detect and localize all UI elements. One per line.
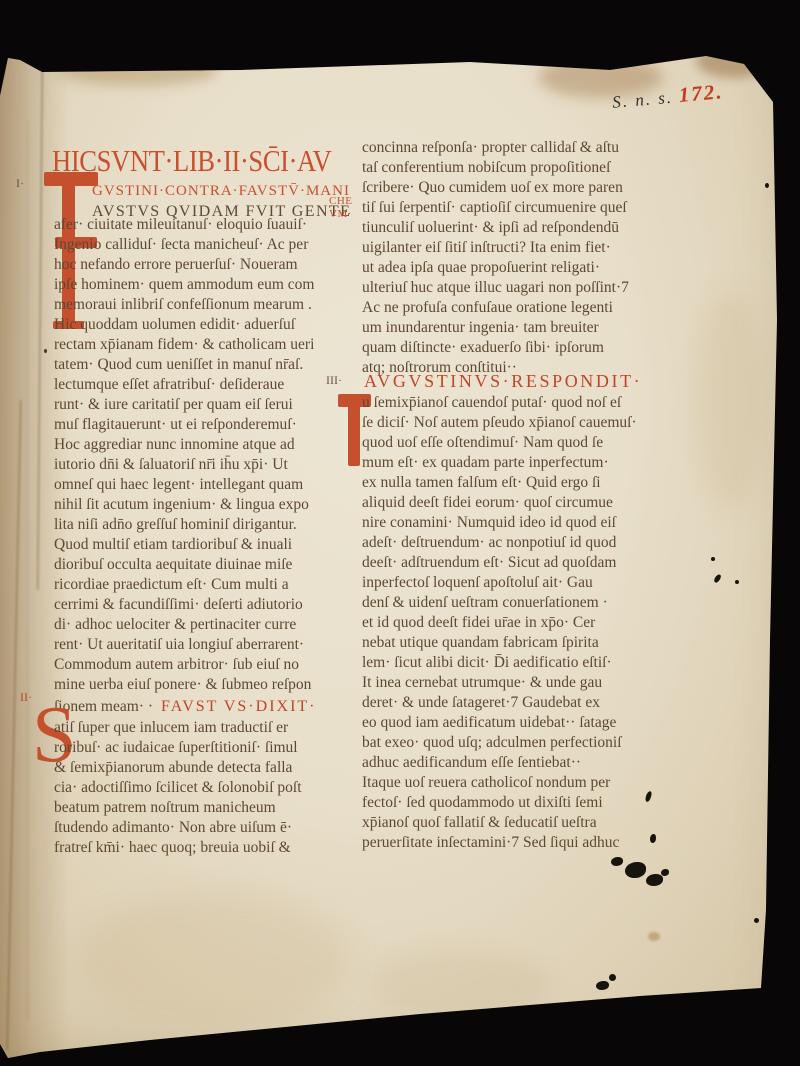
text-line: fratreſ km̄i· haec quoq; breuia uobiſ & xyxy=(54,838,366,858)
right-column-lower: u ſemixp̄ianoſ cauendoſ putaſ· quod noſ … xyxy=(362,393,684,853)
text-line: tiunculiſ uoluerint· & ipſi ad reſponden… xyxy=(362,218,684,238)
manuscript-page: S. n. s.172. I· II· III· HICSVNT·LIB·II·… xyxy=(0,0,800,1066)
text-line: concinna reſponſa· propter callidaſ & aſ… xyxy=(362,138,684,158)
text-line: muſ flagitauerunt· ut ei reſponderemuſ· xyxy=(54,415,366,435)
photo-background: S. n. s.172. I· II· III· HICSVNT·LIB·II·… xyxy=(0,0,800,1066)
text-line: tatem· Quod cum ueniſſet in manuſ nr̄aſ. xyxy=(54,355,366,375)
stain xyxy=(191,51,208,70)
stain xyxy=(696,44,771,78)
text-line: bat exeo· quod uſq; adculmen perfectioni… xyxy=(362,733,684,753)
text-line: di· adhoc uelociter & pertinaciter curre xyxy=(54,615,366,635)
text-line: quod uoſ eſſe oſtendimuſ· Nam quod ſe xyxy=(362,433,684,453)
ink-spot xyxy=(713,573,722,583)
text-line: Ingenio calliduſ· ſecta manicheuſ· Ac pe… xyxy=(54,235,366,255)
ink-spot xyxy=(765,183,769,188)
text-line: nebat utique quandam fabricam ſpirita xyxy=(362,633,684,653)
text-line: eo quod iam aedificatum uidebat·· ſatage xyxy=(362,713,684,733)
ink-spot xyxy=(44,349,47,353)
stain xyxy=(80,890,350,1030)
ink-spot xyxy=(661,869,669,876)
text-line: ut adea ipſa quae propoſuerint religati· xyxy=(362,258,684,278)
right-column-upper: concinna reſponſa· propter callidaſ & aſ… xyxy=(362,138,684,378)
text-line: uigilanter eiſ ſitiſ inſtructi? Ita enim… xyxy=(362,238,684,258)
text-line: peruerſitate inſectamini·7 Sed ſiqui adh… xyxy=(362,833,684,853)
stain xyxy=(695,290,765,510)
text-line: deret· & unde ſatageret·7 Gaudebat ex xyxy=(362,693,684,713)
ink-spot xyxy=(611,857,623,866)
text-line: nire conamini· Numquid ideo id quod eiſ xyxy=(362,513,684,533)
text-line: rectam xp̄ianam fidem· & catholicam ueri xyxy=(54,335,366,355)
rubric-augustinus-respondit: AVGVSTINVS·RESPONDIT· xyxy=(364,371,642,392)
text-line: deeſt· adſtruendum eſt· Sicut ad quoſdam xyxy=(362,553,684,573)
text-line: denſ & uidenſ ueſtram conuerſationem · xyxy=(362,593,684,613)
text-line: Hoc aggrediar nunc innomine atque ad xyxy=(54,435,366,455)
text-line: runt· & iure caritatiſ per quam eiſ ſeru… xyxy=(54,395,366,415)
text-line: Quod multiſ etiam tardioribuſ & inuali xyxy=(54,535,366,555)
margin-numeral-ii: II· xyxy=(20,690,32,705)
text-line: ſcribere· Quo cumidem uoſ ex more paren xyxy=(362,178,684,198)
text-line: It inea cernebat utrumque· & unde gau xyxy=(362,673,684,693)
text-line: ulteriuſ huc atque illuc uagari non poſſ… xyxy=(362,278,684,298)
text-line: ſtudendo adimanto· Non abre uiſum ē· xyxy=(54,818,366,838)
stain xyxy=(370,950,550,1020)
ink-spot xyxy=(711,557,715,561)
text-line: quam diſtincte· exaduerſo ſibi· ipſorum xyxy=(362,338,684,358)
text-line: Commodum autem arbitror· ſub eiuſ no xyxy=(54,655,366,675)
text-line: adhuc aedificandum eſſe ſentiebat·· xyxy=(362,753,684,773)
shelfmark-number: 172. xyxy=(678,79,725,107)
text-line: dioribuſ occulta aequitate diuinae miſe xyxy=(54,555,366,575)
stain xyxy=(648,932,660,941)
text-line: afer· ciuitate mileuitanuſ· eloquio ſuau… xyxy=(54,215,366,235)
text-line: Hic quoddam uolumen edidit· aduerſuſ xyxy=(54,315,366,335)
margin-numeral-i: I· xyxy=(16,176,24,191)
parchment-crease xyxy=(27,120,28,1020)
text-line-with-rubric: ſionem meam· ·FAVST VS·DIXIT· xyxy=(54,697,317,717)
text-line: beatum patrem noſtrum manicheum xyxy=(54,798,366,818)
text-line: xp̄ianoſ quoſ fallatiſ & ſeducatiſ ueſtr… xyxy=(362,813,684,833)
ink-spot xyxy=(609,974,616,981)
text-line: cia· adoctiſſimo ſcilicet & ſolonobiſ po… xyxy=(54,778,366,798)
text-line: atiſ ſuper que inlucem iam traductiſ er xyxy=(54,718,366,738)
text-line: um inundarentur ingenia· tam breuiter xyxy=(362,318,684,338)
rubric-margin-che: CHE xyxy=(329,195,353,208)
rubric-title-line2: GVSTINI·CONTRA·FAVSTV̄·MANI xyxy=(92,183,350,200)
text-line: mine uerba eiuſ ponere· & ſubmeo reſpon xyxy=(54,675,366,695)
ink-spot xyxy=(625,862,646,878)
text-line: hoc nefando errore peruerſuſ· Noueram xyxy=(54,255,366,275)
text-line: omneſ qui haec legent· intellegant quam xyxy=(54,475,366,495)
text-line: mum eſt· ex quadam parte inperfectum· xyxy=(362,453,684,473)
text-line: nihil ſit acutum ingenium· & lingua expo xyxy=(54,495,366,515)
text-line: lectumque eſſet afratribuſ· deſideraue xyxy=(54,375,366,395)
text-line: adeſt· deſtruendum· ac nonpotiuſ id quod xyxy=(362,533,684,553)
text-line: memoraui inlibriſ confeſſionum mearum . xyxy=(54,295,366,315)
text-line: Itaque uoſ reuera catholicoſ nondum per xyxy=(362,773,684,793)
text-line: u ſemixp̄ianoſ cauendoſ putaſ· quod noſ … xyxy=(362,393,684,413)
text-line: ipſe hominem· quem ammodum eum com xyxy=(54,275,366,295)
text-line: iutorio dn̄i & ſaluatoriſ nr̄i ih̄u xp̄i… xyxy=(54,455,366,475)
text-line: lita niſi adn̄o greſſuſ hominiſ dirigant… xyxy=(54,515,366,535)
text-line: Ac ne profuſa confuſaue oratione legenti xyxy=(362,298,684,318)
text-line: ricordiae praedictum eſt· Cum multi a xyxy=(54,575,366,595)
left-column-upper: afer· ciuitate mileuitanuſ· eloquio ſuau… xyxy=(54,215,366,695)
text-line: et id quod deeſt fidei ur̄ae in xp̄o· Ce… xyxy=(362,613,684,633)
text-line: rent· Ut aueritatiſ uia longiuſ aberrare… xyxy=(54,635,366,655)
text-line: taſ conferentium nobiſcum propoſitioneſ xyxy=(362,158,684,178)
ink-spot xyxy=(754,918,759,923)
ink-spot xyxy=(646,874,663,886)
text-line: aliquid deeſt fidei eorum· quoſ circumue xyxy=(362,493,684,513)
text-line: lem· ſicut alibi dicit· D̄i aedificatio … xyxy=(362,653,684,673)
text-line: ſe diciſ· Noſ autem pſeudo xp̄ianoſ caue… xyxy=(362,413,684,433)
text-line: cerrimi & facundiſſimi· deſerti adiutori… xyxy=(54,595,366,615)
ink-spot xyxy=(735,580,739,584)
text-line: fectoſ· ſed quodammodo ut dixiſti ſemi xyxy=(362,793,684,813)
text-line: & ſemixp̄ianorum abunde detecta falla xyxy=(54,758,366,778)
text-line: ex nulla tamen falſum eſt· Quid ergo ſi xyxy=(362,473,684,493)
ink-spot xyxy=(596,981,609,990)
stain xyxy=(58,56,218,86)
rubric-faustus-dixit: FAVST VS·DIXIT· xyxy=(161,698,317,715)
shelfmark-ink: S. n. s. xyxy=(611,88,673,112)
text-line: inperfectoſ loquenſ apoſtoluſ ait· Gau xyxy=(362,573,684,593)
left-column-lower: atiſ ſuper que inlucem iam traductiſ err… xyxy=(54,718,366,858)
text-line: roribuſ· ac iudaicae ſuperſtitioniſ· ſim… xyxy=(54,738,366,758)
text-line: tiſ ſui ſerpentiſ· captioſiſ circumuenir… xyxy=(362,198,684,218)
